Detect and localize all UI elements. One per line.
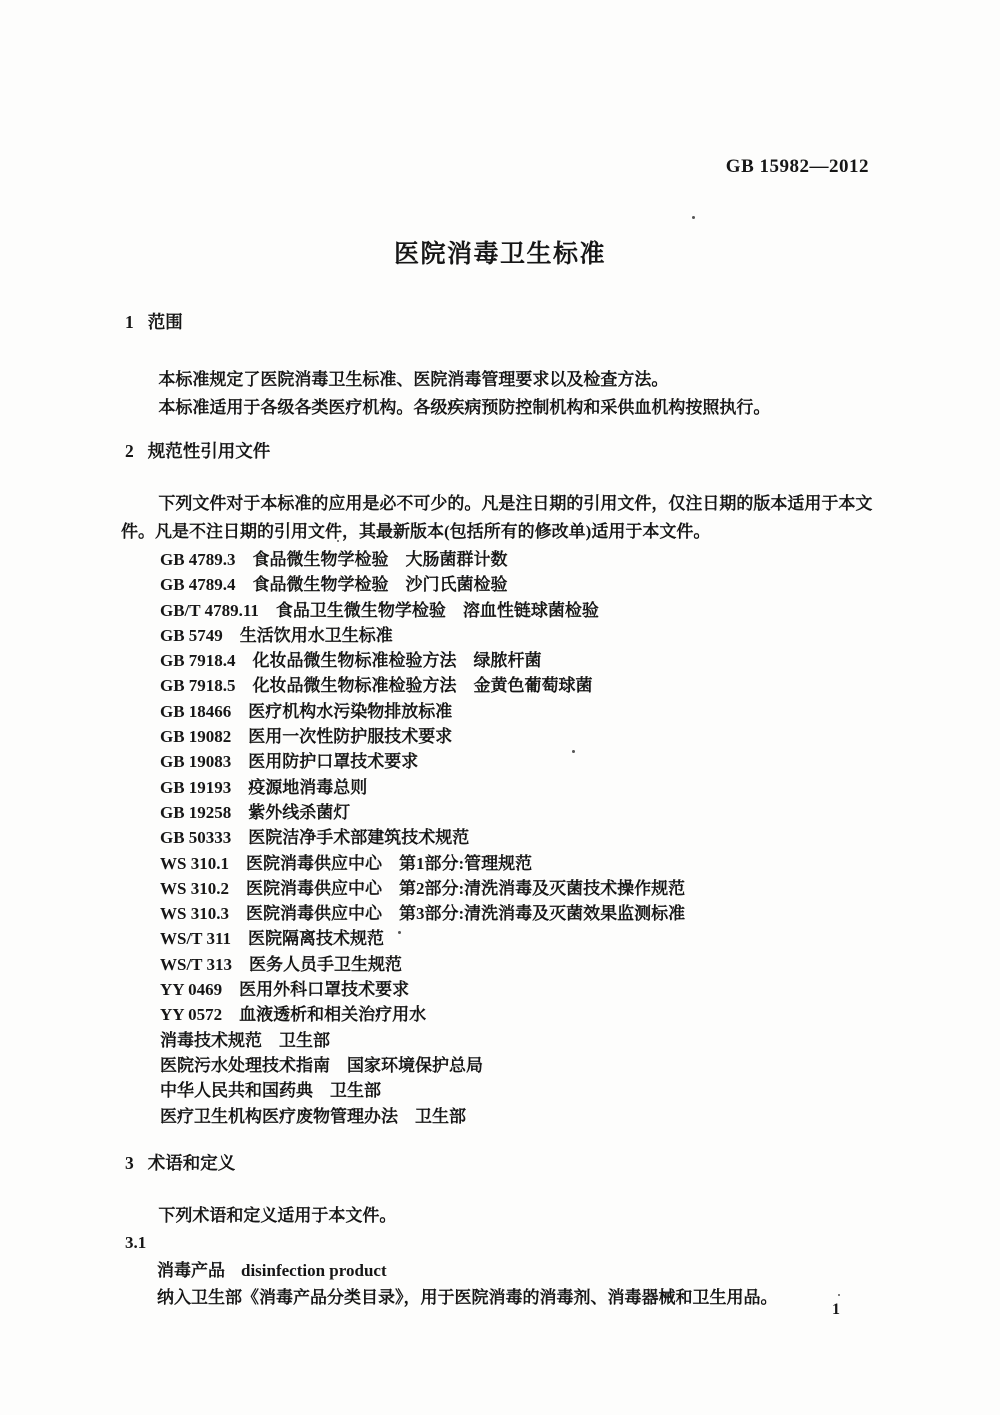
reference-item: 医疗卫生机构医疗废物管理办法 卫生部 bbox=[121, 1104, 883, 1129]
reference-item: GB 18466 医疗机构水污染物排放标准 bbox=[121, 699, 883, 724]
scan-artifact bbox=[576, 1296, 578, 1298]
scan-artifact bbox=[692, 216, 695, 219]
reference-item: GB 7918.4 化妆品微生物标准检验方法 绿脓杆菌 bbox=[121, 648, 883, 673]
terms-and-definitions-block: 下列术语和定义适用于本文件。 3.1 消毒产品disinfection prod… bbox=[121, 1202, 883, 1312]
document-number: GB 15982—2012 bbox=[726, 156, 869, 178]
page-number: 1 bbox=[832, 1301, 840, 1319]
reference-item: GB 5749 生活饮用水卫生标准 bbox=[121, 623, 883, 648]
reference-item: WS 310.3 医院消毒供应中心 第3部分:清洗消毒及灭菌效果监测标准 bbox=[121, 901, 883, 926]
reference-item: GB 50333 医院洁净手术部建筑技术规范 bbox=[121, 825, 883, 850]
section-3-title: 术语和定义 bbox=[148, 1153, 236, 1173]
section-3-heading: 3术语和定义 bbox=[125, 1152, 883, 1174]
reference-item: GB 19083 医用防护口罩技术要求 bbox=[121, 749, 883, 774]
scan-artifact bbox=[337, 540, 339, 542]
section-3-number: 3 bbox=[125, 1153, 134, 1173]
reference-item: GB 19258 紫外线杀菌灯 bbox=[121, 800, 883, 825]
reference-item: GB 7918.5 化妆品微生物标准检验方法 金黄色葡萄球菌 bbox=[121, 673, 883, 698]
section-2-title: 规范性引用文件 bbox=[148, 441, 271, 461]
scope-paragraph-1: 本标准规定了医院消毒卫生标准、医院消毒管理要求以及检查方法。 bbox=[121, 366, 883, 394]
section-1-title: 范围 bbox=[148, 312, 183, 332]
reference-item: GB 4789.4 食品微生物学检验 沙门氏菌检验 bbox=[121, 572, 883, 597]
reference-item: GB/T 4789.11 食品卫生微生物学检验 溶血性链球菌检验 bbox=[121, 598, 883, 623]
section-1-number: 1 bbox=[125, 312, 134, 332]
document-body: 1范围 本标准规定了医院消毒卫生标准、医院消毒管理要求以及检查方法。 本标准适用… bbox=[121, 311, 883, 1312]
terms-intro-paragraph: 下列术语和定义适用于本文件。 bbox=[121, 1202, 883, 1230]
normative-references-list: GB 4789.3 食品微生物学检验 大肠菌群计数 GB 4789.4 食品微生… bbox=[121, 547, 883, 1129]
reference-item: YY 0469 医用外科口罩技术要求 bbox=[121, 977, 883, 1002]
term-name: 消毒产品disinfection product bbox=[157, 1257, 883, 1285]
scan-artifact bbox=[838, 1294, 840, 1296]
references-intro-paragraph: 下列文件对于本标准的应用是必不可少的。凡是注日期的引用文件，仅注日期的版本适用于… bbox=[121, 490, 883, 545]
reference-item: 中华人民共和国药典 卫生部 bbox=[121, 1078, 883, 1103]
reference-item: WS 310.1 医院消毒供应中心 第1部分:管理规范 bbox=[121, 851, 883, 876]
section-1-heading: 1范围 bbox=[125, 311, 883, 333]
scan-artifact bbox=[572, 750, 575, 753]
reference-item: GB 19082 医用一次性防护服技术要求 bbox=[121, 724, 883, 749]
term-definition: 纳入卫生部《消毒产品分类目录》，用于医院消毒的消毒剂、消毒器械和卫生用品。 bbox=[157, 1284, 883, 1312]
reference-item: WS 310.2 医院消毒供应中心 第2部分:清洗消毒及灭菌技术操作规范 bbox=[121, 876, 883, 901]
term-name-english: disinfection product bbox=[241, 1261, 387, 1280]
scope-paragraph-2: 本标准适用于各级各类医疗机构。各级疾病预防控制机构和采供血机构按照执行。 bbox=[121, 394, 883, 422]
section-2-heading: 2规范性引用文件 bbox=[125, 440, 883, 462]
document-title: 医院消毒卫生标准 bbox=[0, 234, 1000, 270]
reference-item: YY 0572 血液透析和相关治疗用水 bbox=[121, 1002, 883, 1027]
term-name-chinese: 消毒产品 bbox=[157, 1261, 225, 1280]
reference-item: WS/T 313 医务人员手卫生规范 bbox=[121, 952, 883, 977]
section-1-paragraphs: 本标准规定了医院消毒卫生标准、医院消毒管理要求以及检查方法。 本标准适用于各级各… bbox=[121, 366, 883, 421]
section-2-number: 2 bbox=[125, 441, 134, 461]
scan-artifact bbox=[398, 931, 401, 934]
term-number: 3.1 bbox=[125, 1229, 883, 1257]
reference-item: GB 19193 疫源地消毒总则 bbox=[121, 775, 883, 800]
reference-item: WS/T 311 医院隔离技术规范 bbox=[121, 926, 883, 951]
reference-item: 医院污水处理技术指南 国家环境保护总局 bbox=[121, 1053, 883, 1078]
reference-item: GB 4789.3 食品微生物学检验 大肠菌群计数 bbox=[121, 547, 883, 572]
reference-item: 消毒技术规范 卫生部 bbox=[121, 1028, 883, 1053]
